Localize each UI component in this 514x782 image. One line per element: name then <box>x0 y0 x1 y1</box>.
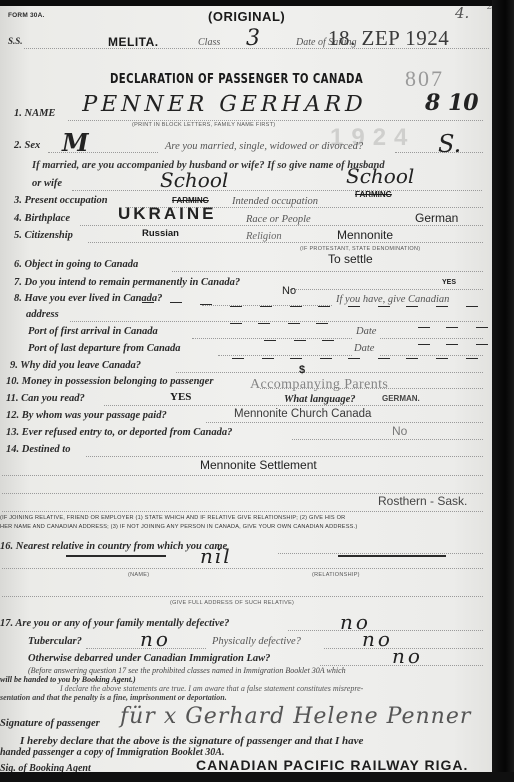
passenger-signature: für x Gerhard Helene Penner <box>120 704 471 729</box>
blank-dash <box>418 327 430 328</box>
passage-paid-value: Mennonite Church Canada <box>234 408 371 420</box>
accompanying-parents-stamp: Accompanying Parents <box>250 377 388 393</box>
money-value: $ <box>299 364 305 376</box>
relative-name-hint: (NAME) <box>128 572 149 578</box>
can-read-label: 11. Can you read? <box>6 393 85 404</box>
first-arrival-label: Port of first arrival in Canada <box>28 326 158 337</box>
blank-dash <box>264 340 276 341</box>
class-value: 3 <box>246 26 260 51</box>
nearest-relative-value: nil <box>200 544 232 568</box>
blank-dash <box>320 358 332 359</box>
ss-label: S.S. <box>8 36 23 46</box>
last-departure-label: Port of last departure from Canada <box>28 343 181 354</box>
blank-dash <box>406 358 418 359</box>
blank-dash <box>446 344 458 345</box>
relative-address-leader <box>2 596 483 597</box>
blank-dash <box>322 340 334 341</box>
debarred-label: Otherwise debarred under Canadian Immigr… <box>28 653 270 664</box>
declaration-line-1: I declare the above statements are true.… <box>60 684 363 693</box>
scan-border-bottom <box>0 772 514 782</box>
spouse-leader <box>72 190 482 191</box>
destined-leader-4 <box>2 511 483 512</box>
religion-label: Religion <box>246 231 282 242</box>
spouse-label: or wife <box>32 178 62 189</box>
nearest-relative-label: 16. Nearest relative in country from whi… <box>0 541 227 552</box>
destination-instructions-1: (IF JOINING RELATIVE, FRIEND OR EMPLOYER… <box>0 515 345 521</box>
blank-dash <box>260 306 272 307</box>
birthplace-value: UKRAINE <box>118 204 216 224</box>
ship-name-value: MELITA. <box>108 35 159 49</box>
destined-to-label: 14. Destined to <box>6 444 70 455</box>
passage-paid-label: 12. By whom was your passage paid? <box>6 410 167 421</box>
spouse-value-2: School <box>346 164 414 188</box>
blank-dash <box>290 358 302 359</box>
intended-occupation-value: FARMING <box>355 190 392 199</box>
remain-leader <box>290 289 483 290</box>
blank-dash <box>290 306 302 307</box>
blank-line <box>338 555 446 557</box>
religion-value: Mennonite <box>337 228 393 242</box>
blank-dash <box>436 358 448 359</box>
blank-dash <box>232 358 244 359</box>
language-value: GERMAN. <box>382 394 420 403</box>
why-leave-leader <box>176 372 483 373</box>
citizenship-label: 5. Citizenship <box>14 230 73 241</box>
remain-permanently-value: YES <box>442 279 456 286</box>
last-departure-date-label: Date <box>354 343 374 354</box>
citizenship-value: Russian <box>142 228 179 239</box>
first-arrival-leader <box>192 338 352 339</box>
passage-paid-leader <box>206 422 483 423</box>
blank-dash <box>294 340 306 341</box>
race-label: Race or People <box>246 214 311 225</box>
blank-dash <box>348 306 360 307</box>
physically-defective-label: Physically defective? <box>212 636 301 647</box>
blank-dash <box>200 304 212 305</box>
tubercular-value: no <box>140 627 171 651</box>
nearest-relative-leader <box>278 553 483 554</box>
last-departure-date-leader <box>380 355 483 356</box>
blank-dash <box>348 358 360 359</box>
class-label: Class <box>198 37 220 48</box>
form-number: FORM 30A. <box>8 12 44 19</box>
blank-dash <box>446 327 458 328</box>
destined-leader-2 <box>2 475 483 476</box>
blank-dash <box>406 306 418 307</box>
destination-instructions-2: HER NAME AND CANADIAN ADDRESS; (3) IF NO… <box>0 524 357 530</box>
mentally-defective-label: 17. Are you or any of your family mental… <box>0 618 229 629</box>
why-leave-label: 9. Why did you leave Canada? <box>10 360 141 371</box>
object-label: 6. Object in going to Canada <box>14 259 138 270</box>
declaration-line-2: sentation and that the penalty is a fine… <box>0 693 227 702</box>
signature-label: Signature of passenger <box>0 718 100 729</box>
relative-relationship-hint: (RELATIONSHIP) <box>312 572 360 578</box>
blank-dash <box>476 327 488 328</box>
blank-dash <box>318 306 330 307</box>
debarred-value: no <box>392 644 423 668</box>
scan-border-right <box>492 0 514 782</box>
birthplace-label: 4. Birthplace <box>14 213 70 224</box>
agent-declaration-line-2: handed passenger a copy of Immigration B… <box>0 747 224 758</box>
blank-dash <box>288 323 300 324</box>
name-leader <box>68 120 483 121</box>
marital-status-label: Are you married, single, widowed or divo… <box>165 141 363 152</box>
remain-permanently-label: 7. Do you intend to remain permanently i… <box>14 277 240 288</box>
name-annotation: 8 10 <box>425 90 479 116</box>
refused-entry-label: 13. Ever refused entry to, or deported f… <box>6 427 232 438</box>
last-departure-leader <box>218 355 352 356</box>
citizenship-leader <box>88 242 483 243</box>
sex-value: M <box>62 128 89 157</box>
blank-dash <box>316 323 328 324</box>
physically-defective-value: no <box>362 627 393 651</box>
serial-stamp: 807 <box>405 66 444 92</box>
blank-dash <box>378 358 390 359</box>
refused-entry-value: No <box>392 424 407 438</box>
relative-name-leader <box>2 568 483 569</box>
blank-dash <box>258 323 270 324</box>
address-label: address <box>26 309 59 320</box>
declaration-form-document: FORM 30A. (ORIGINAL) 4. 22 S.S. MELITA. … <box>0 6 492 772</box>
booking-agent-stamp: CANADIAN PACIFIC RAILWAY RIGA. <box>196 757 468 772</box>
tubercular-label: Tubercular? <box>28 636 82 647</box>
birthplace-leader <box>80 225 483 226</box>
blank-dash <box>170 302 182 303</box>
blank-dash <box>466 358 478 359</box>
blank-dash <box>262 358 274 359</box>
address-leader <box>70 321 483 322</box>
marital-status-value: S. <box>438 130 461 158</box>
object-leader <box>172 271 483 272</box>
date-of-sailing-stamp: 18. ZEP 1924 <box>328 26 449 51</box>
canadian-address-prompt: If you have, give Canadian <box>336 294 449 305</box>
intended-occupation-label: Intended occupation <box>232 196 318 207</box>
name-hint: (PRINT IN BLOCK LETTERS, FAMILY NAME FIR… <box>132 122 275 128</box>
can-read-leader <box>104 405 483 406</box>
blank-dash <box>230 323 242 324</box>
corner-note: 4. <box>455 6 469 22</box>
object-value: To settle <box>328 252 373 266</box>
sex-label: 2. Sex <box>14 140 40 151</box>
form-title: DECLARATION OF PASSENGER TO CANADA <box>110 72 363 87</box>
q17-note-1: (Before answering question 17 see the pr… <box>28 666 346 675</box>
lived-in-canada-value: No <box>282 285 296 297</box>
name-value: PENNER GERHARD <box>79 92 369 117</box>
blank-dash <box>378 306 390 307</box>
refused-entry-leader <box>292 439 483 440</box>
language-label: What language? <box>284 394 355 405</box>
blank-dash <box>418 344 430 345</box>
blank-dash <box>436 306 448 307</box>
destination-value-1: Mennonite Settlement <box>200 458 317 472</box>
first-arrival-date-leader <box>380 338 483 339</box>
blank-dash <box>476 344 488 345</box>
blank-dash <box>230 306 242 307</box>
copy-label: (ORIGINAL) <box>208 9 285 24</box>
blank-line <box>66 555 166 557</box>
money-label: 10. Money in possession belonging to pas… <box>6 376 213 387</box>
destined-leader <box>86 456 483 457</box>
spouse-value-1: School <box>160 168 228 192</box>
destination-value-2: Rosthern - Sask. <box>378 494 467 508</box>
agent-declaration-line-1: I hereby declare that the above is the s… <box>20 735 363 747</box>
race-value: German <box>415 211 458 225</box>
blank-dash <box>142 302 154 303</box>
lived-in-canada-label: 8. Have you ever lived in Canada? <box>14 293 162 304</box>
booking-agent-label: Sig. of Booking Agent <box>0 763 91 772</box>
name-label: 1. NAME <box>14 108 55 119</box>
relative-address-hint: (GIVE FULL ADDRESS OF SUCH RELATIVE) <box>170 600 294 606</box>
q17-note-2: will be handed to you by Booking Agent.) <box>0 675 136 684</box>
blank-dash <box>466 306 478 307</box>
can-read-value: YES <box>170 391 191 403</box>
first-arrival-date-label: Date <box>356 326 376 337</box>
present-occupation-label: 3. Present occupation <box>14 195 108 206</box>
